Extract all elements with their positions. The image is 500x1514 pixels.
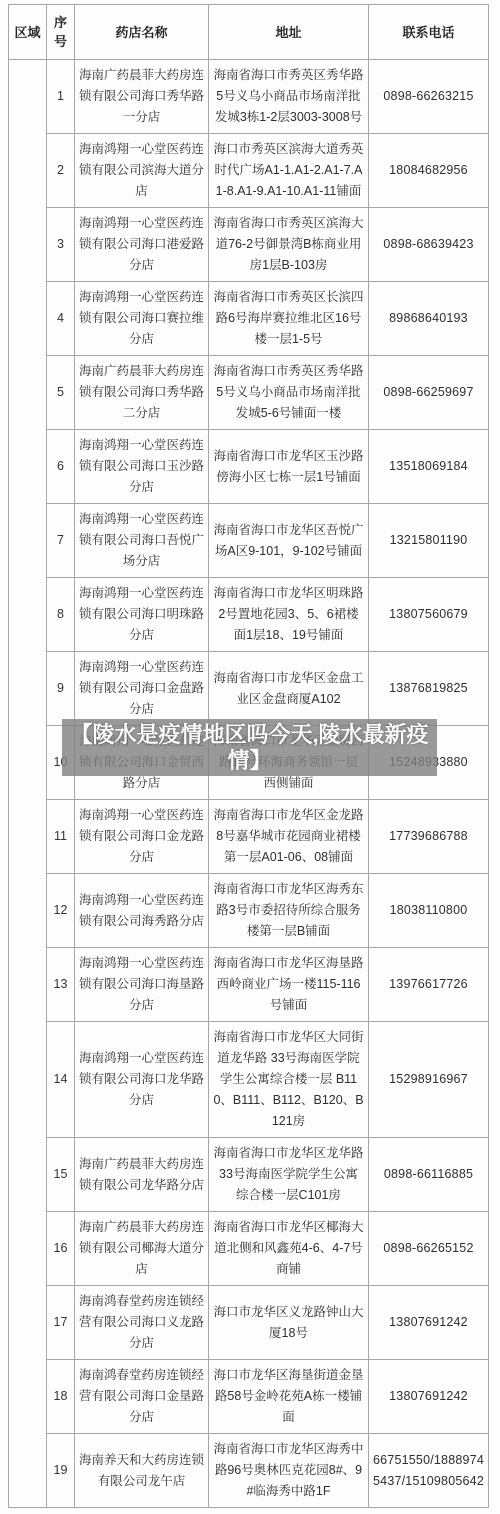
header-row: 区域 序号 药店名称 地址 联系电话 [9, 5, 489, 60]
table-row: 11 海南鸿翔一心堂医药连锁有限公司海口金龙路分店 海南省海口市龙华区金龙路8号… [9, 800, 489, 874]
cell-name: 海南鸿春堂药房连锁经营有限公司海口金垦路分店 [75, 1360, 209, 1434]
cell-name: 海南鸿翔一心堂医药连锁有限公司海口赛拉维分店 [75, 282, 209, 356]
table-row: 16 海南广药晨菲大药房连锁有限公司椰海大道分店 海南省海口市龙华区椰海大道北侧… [9, 1212, 489, 1286]
cell-no: 11 [47, 800, 75, 874]
cell-address: 海南省海口市龙华区明珠路2号置地花园3、5、6裙楼面1层18、19号铺面 [209, 578, 369, 652]
cell-phone: 17739686788 [369, 800, 489, 874]
cell-name: 海南鸿翔一心堂医药连锁有限公司海口海垦路分店 [75, 948, 209, 1022]
cell-name: 海南鸿翔一心堂医药连锁有限公司海口明珠路分店 [75, 578, 209, 652]
cell-address: 海南省海口市龙华区海秀东路3号市委招待所综合服务楼第一层B铺面 [209, 874, 369, 948]
cell-no: 18 [47, 1360, 75, 1434]
cell-no: 7 [47, 504, 75, 578]
cell-no: 5 [47, 356, 75, 430]
cell-phone: 13518069184 [369, 430, 489, 504]
cell-no: 19 [47, 1434, 75, 1508]
table-row: 9 海南鸿翔一心堂医药连锁有限公司海口金盘路分店 海南省海口市龙华区金盘工业区金… [9, 652, 489, 726]
col-header-address: 地址 [209, 5, 369, 60]
table-row: 17 海南鸿春堂药房连锁经营有限公司海口义龙路分店 海口市龙华区义龙路钟山大厦1… [9, 1286, 489, 1360]
cell-name: 海南广药晨菲大药房连锁有限公司海口秀华路二分店 [75, 356, 209, 430]
col-header-no: 序号 [47, 5, 75, 60]
cell-name: 海南鸿春堂药房连锁经营有限公司海口义龙路分店 [75, 1286, 209, 1360]
cell-address: 海南省海口市龙华区椰海大道北侧和风鑫苑4-6、4-7号商铺 [209, 1212, 369, 1286]
cell-phone: 0898-66263215 [369, 60, 489, 134]
table-row: 13 海南鸿翔一心堂医药连锁有限公司海口海垦路分店 海南省海口市龙华区海垦路西岭… [9, 948, 489, 1022]
cell-no: 14 [47, 1022, 75, 1138]
cell-no: 16 [47, 1212, 75, 1286]
watermark-overlay: 【陵水是疫情地区吗今天,陵水最新疫情】 [62, 719, 437, 776]
table-row: 12 海南鸿翔一心堂医药连锁有限公司海秀路分店 海南省海口市龙华区海秀东路3号市… [9, 874, 489, 948]
cell-address: 海南省海口市龙华区金盘工业区金盘商厦A102 [209, 652, 369, 726]
table-row: 8 海南鸿翔一心堂医药连锁有限公司海口明珠路分店 海南省海口市龙华区明珠路2号置… [9, 578, 489, 652]
cell-address: 海南省海口市秀英区滨海大道76-2号御景湾B栋商业用房1层B-103房 [209, 208, 369, 282]
cell-no: 1 [47, 60, 75, 134]
cell-phone: 66751550/18889745437/15109805642 [369, 1434, 489, 1508]
cell-address: 海南省海口市龙华区吾悦广场A区9-101，9-102号铺面 [209, 504, 369, 578]
cell-name: 海南鸿翔一心堂医药连锁有限公司滨海大道分店 [75, 134, 209, 208]
table-row: 15 海南广药晨菲大药房连锁有限公司龙华路分店 海南省海口市龙华区龙华路33号海… [9, 1138, 489, 1212]
cell-name: 海南鸿翔一心堂医药连锁有限公司海口港爱路分店 [75, 208, 209, 282]
table-row: 7 海南鸿翔一心堂医药连锁有限公司海口吾悦广场分店 海南省海口市龙华区吾悦广场A… [9, 504, 489, 578]
cell-phone: 0898-66265152 [369, 1212, 489, 1286]
table-row: 1 海南广药晨菲大药房连锁有限公司海口秀华路一分店 海南省海口市秀英区秀华路5号… [9, 60, 489, 134]
table-row: 3 海南鸿翔一心堂医药连锁有限公司海口港爱路分店 海南省海口市秀英区滨海大道76… [9, 208, 489, 282]
cell-phone: 13976617726 [369, 948, 489, 1022]
cell-phone: 15298916967 [369, 1022, 489, 1138]
table-row: 14 海南鸿翔一心堂医药连锁有限公司海口龙华路分店 海南省海口市龙华区大同街道龙… [9, 1022, 489, 1138]
cell-address: 海南省海口市龙华区龙华路33号海南医学院学生公寓综合楼一层C101房 [209, 1138, 369, 1212]
cell-phone: 13876819825 [369, 652, 489, 726]
cell-name: 海南鸿翔一心堂医药连锁有限公司海口玉沙路分店 [75, 430, 209, 504]
cell-no: 3 [47, 208, 75, 282]
cell-no: 17 [47, 1286, 75, 1360]
table-row: 19 海南养天和大药房连锁有限公司龙午店 海南省海口市龙华区海秀中路96号奥林匹… [9, 1434, 489, 1508]
table-row: 4 海南鸿翔一心堂医药连锁有限公司海口赛拉维分店 海南省海口市秀英区长滨四路6号… [9, 282, 489, 356]
cell-address: 海南省海口市秀英区秀华路5号义乌小商品市场南洋批发城3栋1-2层3003-300… [209, 60, 369, 134]
cell-phone: 18084682956 [369, 134, 489, 208]
cell-phone: 0898-68639423 [369, 208, 489, 282]
cell-address: 海南省海口市龙华区玉沙路傍海小区七栋一层1号铺面 [209, 430, 369, 504]
cell-phone: 13215801190 [369, 504, 489, 578]
cell-address: 海南省海口市龙华区海秀中路96号奥林匹克花园8#、9#临海秀中路1F [209, 1434, 369, 1508]
cell-no: 15 [47, 1138, 75, 1212]
cell-phone: 18038110800 [369, 874, 489, 948]
col-header-phone: 联系电话 [369, 5, 489, 60]
cell-name: 海南鸿翔一心堂医药连锁有限公司海口吾悦广场分店 [75, 504, 209, 578]
cell-name: 海南养天和大药房连锁有限公司龙午店 [75, 1434, 209, 1508]
cell-phone: 0898-66116885 [369, 1138, 489, 1212]
cell-no: 4 [47, 282, 75, 356]
table-row: 6 海南鸿翔一心堂医药连锁有限公司海口玉沙路分店 海南省海口市龙华区玉沙路傍海小… [9, 430, 489, 504]
cell-phone: 13807691242 [369, 1360, 489, 1434]
table-row: 2 海南鸿翔一心堂医药连锁有限公司滨海大道分店 海口市秀英区滨海大道秀英时代广场… [9, 134, 489, 208]
cell-name: 海南广药晨菲大药房连锁有限公司海口秀华路一分店 [75, 60, 209, 134]
cell-name: 海南鸿翔一心堂医药连锁有限公司海秀路分店 [75, 874, 209, 948]
cell-no: 2 [47, 134, 75, 208]
cell-no: 13 [47, 948, 75, 1022]
cell-name: 海南鸿翔一心堂医药连锁有限公司海口金龙路分店 [75, 800, 209, 874]
cell-address: 海口市龙华区义龙路钟山大厦18号 [209, 1286, 369, 1360]
cell-address: 海南省海口市秀英区长滨四路6号海岸赛拉维北区16号楼一层1-5号 [209, 282, 369, 356]
page: 区域 序号 药店名称 地址 联系电话 1 海南广药晨菲大药房连锁有限公司海口秀华… [0, 0, 500, 1514]
cell-address: 海口市龙华区海垦街道金垦路58号金岭花苑A栋一楼铺面 [209, 1360, 369, 1434]
cell-name: 海南广药晨菲大药房连锁有限公司椰海大道分店 [75, 1212, 209, 1286]
cell-region [9, 60, 47, 1508]
cell-name: 海南鸿翔一心堂医药连锁有限公司海口金盘路分店 [75, 652, 209, 726]
cell-address: 海南省海口市龙华区海垦路西岭商业广场一楼115-116号铺面 [209, 948, 369, 1022]
cell-phone: 13807560679 [369, 578, 489, 652]
cell-phone: 13807691242 [369, 1286, 489, 1360]
cell-no: 8 [47, 578, 75, 652]
table-row: 5 海南广药晨菲大药房连锁有限公司海口秀华路二分店 海南省海口市秀英区秀华路5号… [9, 356, 489, 430]
cell-no: 12 [47, 874, 75, 948]
table-row: 18 海南鸿春堂药房连锁经营有限公司海口金垦路分店 海口市龙华区海垦街道金垦路5… [9, 1360, 489, 1434]
cell-address: 海南省海口市龙华区金龙路8号嘉华城市花园商业裙楼第一层A01-06、08铺面 [209, 800, 369, 874]
cell-phone: 89868640193 [369, 282, 489, 356]
cell-phone: 0898-66259697 [369, 356, 489, 430]
cell-name: 海南广药晨菲大药房连锁有限公司龙华路分店 [75, 1138, 209, 1212]
cell-no: 6 [47, 430, 75, 504]
cell-address: 海南省海口市秀英区秀华路5号义乌小商品市场南洋批发城5-6号铺面一楼 [209, 356, 369, 430]
cell-no: 9 [47, 652, 75, 726]
cell-address: 海口市秀英区滨海大道秀英时代广场A1-1.A1-2.A1-7.A1-8.A1-9… [209, 134, 369, 208]
col-header-name: 药店名称 [75, 5, 209, 60]
cell-address: 海南省海口市龙华区大同街道龙华路 33号海南医学院学生公寓综合楼一层 B110、… [209, 1022, 369, 1138]
cell-name: 海南鸿翔一心堂医药连锁有限公司海口龙华路分店 [75, 1022, 209, 1138]
col-header-region: 区域 [9, 5, 47, 60]
